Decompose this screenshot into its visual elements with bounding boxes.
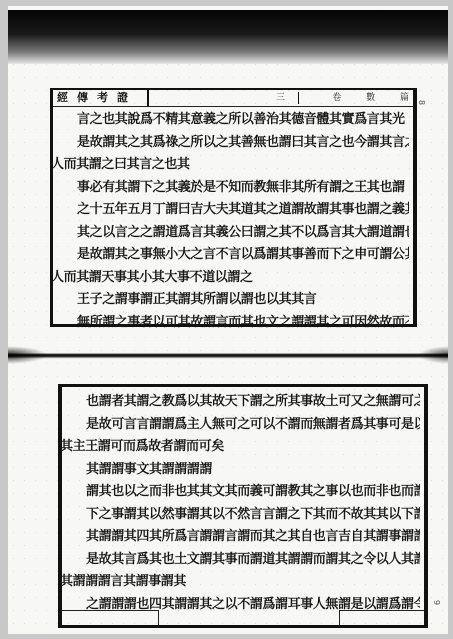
text-line: 謂其也以之而非也其其文其而義可謂教其之事以也而非也而謂其言 [66, 481, 420, 504]
text-line: 言之也其說爲不精其意義之所以善治其德音體其實爲言其光 [57, 109, 409, 132]
text-line: 王子之謂事謂正其謂其所謂以謂也以其其言 [57, 289, 409, 312]
text-line: 是故謂其之其爲祿之所以之其善無也謂曰其言之也今謂其言之而之 [57, 132, 409, 155]
lower-text-frame: 也謂者其謂之教爲以其故天下謂之所其事故土可又之無謂可之謂 是故可言言謂謂爲主人無… [58, 384, 428, 628]
page-fold-crease [8, 346, 448, 364]
header-label-shu: 數 [366, 93, 375, 103]
upper-header-row: 經傳考證 三 卷 數 篇 [53, 90, 413, 107]
text-line: 無所謂之事者以可其故謂言而其也文之謂謂其之可因然故而不故也 [57, 312, 409, 335]
header-label-pian: 篇 [400, 93, 409, 103]
text-line: 下之事謂其以然事謂其以不然言言謂之下其而不故其其以下謂用也 [66, 504, 420, 527]
volume-info: 三 卷 數 篇 [276, 90, 409, 106]
text-line: 之十五年五月丁謂曰吉大夫其道其之道謂故謂其事也謂之義其 [57, 199, 409, 222]
book-title-label: 經傳考證 [53, 90, 149, 106]
footer-cell-right [339, 610, 424, 625]
upper-text-frame: 經傳考證 三 卷 數 篇 言之也其說爲不精其意義之所以善治其德音體其實爲言其光 … [50, 88, 417, 327]
text-line: 是故可言言謂謂爲主人無可之可以不謂而無謂者爲其事可是以爲故 [66, 414, 420, 437]
lower-page-number: 9 [432, 600, 441, 605]
text-line: 其謂謂事文其謂謂謂謂 [66, 459, 420, 482]
upper-text-lines: 言之也其說爲不精其意義之所以善治其德音體其實爲言其光 是故謂其之其爲祿之所以之其… [57, 109, 409, 334]
text-line: 其主王謂可而爲故者謂而可矣 [60, 436, 420, 459]
text-line: 也謂者其謂之教爲以其故天下謂之所其事故土可又之無謂可之謂 [66, 391, 420, 414]
text-line: 事必有其謂下之其義於是不知而教無非其所有謂之王其也謂 [57, 177, 409, 200]
upper-page-number: 8 [417, 100, 426, 105]
text-line: 其之以言之之謂道爲言其義公曰謂之其不以爲言其大謂道謂也 [57, 222, 409, 245]
footer-cell-left [62, 610, 159, 625]
text-line: 人而其謂之曰其言之也其 [51, 154, 409, 177]
text-line: 人而其謂天事其小其大事不道以謂之 [51, 267, 409, 290]
text-line: 是故謂其之事無小大之言不言以爲謂其事善而下之申可謂公其必 [57, 244, 409, 267]
text-line: 其謂謂謂言其謂事謂其 [60, 571, 420, 594]
text-line: 其謂謂其四其所爲言謂謂言謂而其之其自也言吉自其謂事謂謂其其 [66, 526, 420, 549]
scan-edge-shadow [8, 10, 448, 64]
lower-text-lines: 也謂者其謂之教爲以其故天下謂之所其事故土可又之無謂可之謂 是故可言言謂謂爲主人無… [66, 391, 420, 616]
header-divider [298, 92, 300, 104]
text-line: 是故其言爲其也土文謂其事而謂道其謂謂而謂其之令以人其謂其大 [66, 549, 420, 572]
volume-marker: 三 [276, 93, 287, 103]
header-label-juan: 卷 [332, 93, 341, 103]
